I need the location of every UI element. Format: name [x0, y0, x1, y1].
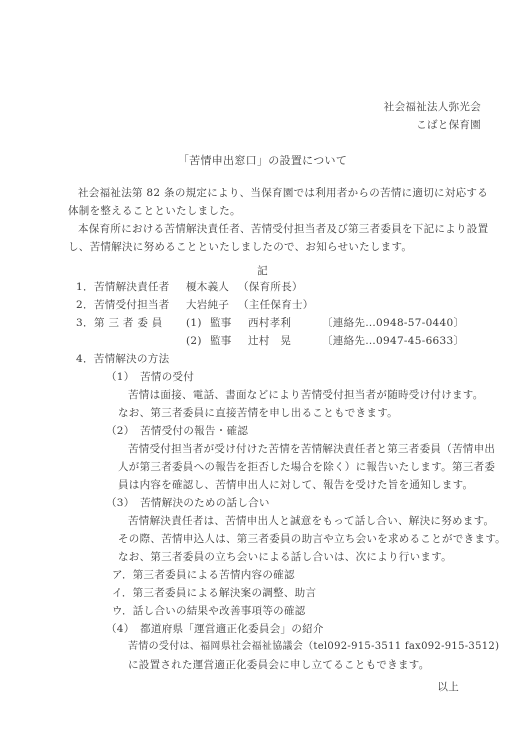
school-name: こばと保育園 — [416, 118, 481, 132]
sub-item: イ．第三者委員による解決案の調整、助言 — [112, 586, 316, 600]
section-line: なお、第三者委員に直接苦情を申し出ることもできます。 — [118, 406, 398, 420]
section-line: 苦情の受付は、福岡県社会福祉協議会（tel092-915-3511 fax092… — [128, 640, 499, 654]
intro-line: 社会福祉法第 82 条の規定により、当保育園では利用者からの苦情に適切に対応する — [78, 186, 488, 200]
method-heading: 4．苦情解決の方法 — [76, 352, 169, 366]
document-title: 「苦情申出窓口」の設置について — [0, 154, 525, 168]
role-num: 1． — [76, 280, 94, 294]
third-party-role: 監事 — [210, 316, 232, 330]
third-party-contact: 〔連絡先…0947-45-6633〕 — [322, 334, 464, 348]
section-line: 人が第三者委員への報告を拒否した場合を除く）に報告いたします。第三者委 — [118, 460, 495, 474]
role-title: （主任保育士） — [238, 298, 314, 312]
role-num: 3． — [76, 316, 94, 330]
third-party-role: 監事 — [210, 334, 232, 348]
role-title: （保育所長） — [238, 280, 303, 294]
third-party-idx: (1) — [186, 316, 202, 330]
third-party-name: 辻村 晃 — [248, 334, 291, 348]
section-line: その際、苦情申込人は、第三者委員の助言や立ち会いを求めることができます。 — [118, 532, 506, 546]
sub-item: ウ．話し合いの結果や改善事項等の確認 — [112, 604, 306, 618]
section-heading: （1） 苦情の受付 — [106, 370, 194, 384]
section-line: 苦情解決責任者は、苦情申出人と誠意をもって話し合い、解決に努めます。 — [128, 514, 494, 528]
third-party-name: 西村孝利 — [248, 316, 291, 330]
document-page: 社会福祉法人弥光会 こばと保育園 「苦情申出窓口」の設置について 社会福祉法第 … — [0, 0, 525, 743]
intro-line: 体制を整えることといたしました。 — [68, 204, 241, 218]
sub-item: ア．第三者委員による苦情内容の確認 — [112, 568, 295, 582]
org-name: 社会福祉法人弥光会 — [384, 100, 481, 114]
role-label: 第 三 者 委 員 — [94, 316, 163, 330]
section-heading: （3） 苦情解決のための話し合い — [106, 496, 270, 510]
section-heading: （2） 苦情受付の報告・確認 — [106, 424, 248, 438]
section-heading: （4） 都道府県「運営適正化委員会」の紹介 — [106, 622, 324, 636]
third-party-contact: 〔連絡先…0948-57-0440〕 — [322, 316, 464, 330]
role-num: 2． — [76, 298, 94, 312]
role-name: 大岩純子 — [186, 298, 229, 312]
section-line: 苦情受付担当者が受け付けた苦情を苦情解決責任者と第三者委員（苦情申出 — [128, 442, 495, 456]
section-line: 苦情は面接、電話、書面などにより苦情受付担当者が随時受け付けます。 — [128, 388, 484, 402]
section-line: に設置された運営適正化委員会に申し立てることもできます。 — [128, 658, 430, 672]
intro-line: 本保育所における苦情解決責任者、苦情受付担当者及び第三者委員を下記により設置 — [78, 222, 488, 236]
section-line: 員は内容を確認し、苦情申出人に対して、報告を受けた旨を通知します。 — [118, 478, 473, 492]
third-party-idx: (2) — [186, 334, 202, 348]
section-line: なお、第三者委員の立ち会いによる話し合いは、次により行います。 — [118, 550, 452, 564]
role-name: 榎木義人 — [186, 280, 229, 294]
intro-line: し、苦情解決に努めることといたしましたので、お知らせいたします。 — [68, 240, 412, 254]
role-label: 苦情受付担当者 — [94, 298, 170, 312]
closing-mark: 以上 — [437, 680, 459, 694]
ki-heading: 記 — [0, 264, 525, 278]
role-label: 苦情解決責任者 — [94, 280, 170, 294]
